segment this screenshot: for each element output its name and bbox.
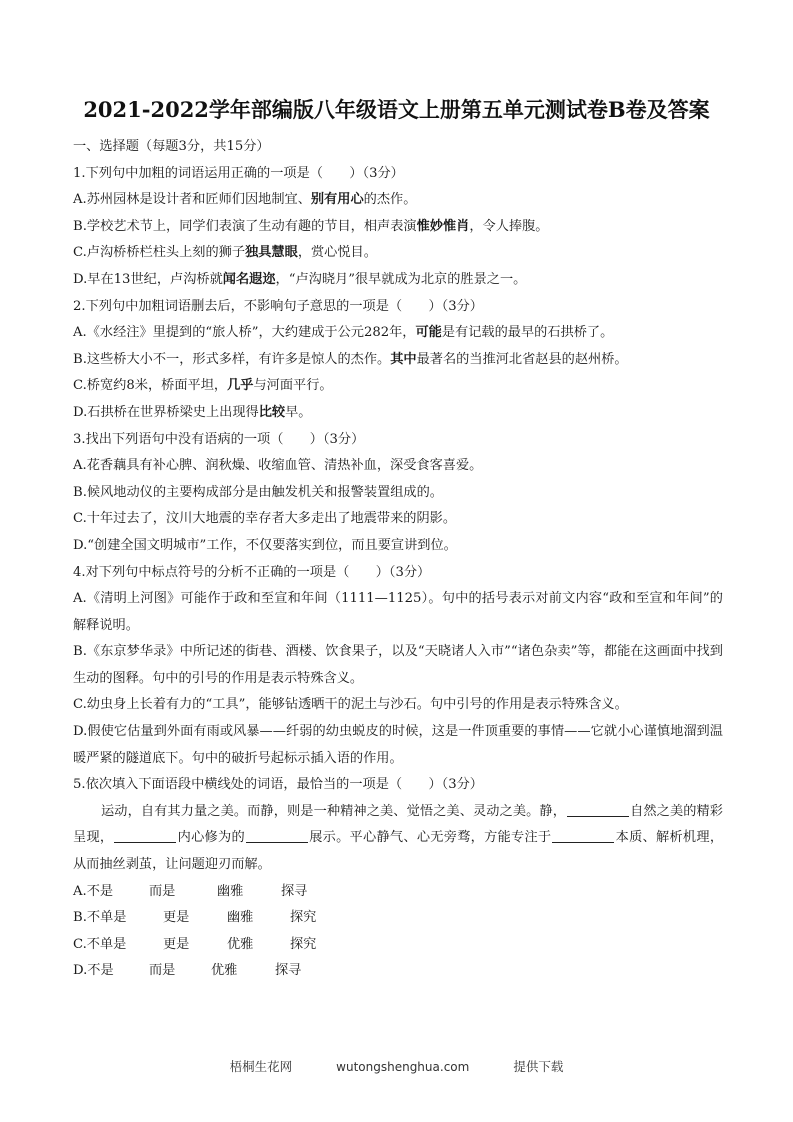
q2-option-c: C.桥宽约8米，桥面平坦，几乎与河面平行。 bbox=[73, 373, 723, 400]
page-title: 2021-2022学年部编版八年级语文上册第五单元测试卷B卷及答案 bbox=[0, 94, 793, 124]
question-4-stem: 4.对下列句中标点符号的分析不正确的一项是（ ）（3分） bbox=[73, 560, 723, 587]
option-cell: 探寻 bbox=[281, 879, 307, 906]
page-footer: 梧桐生花网 wutongshenghua.com 提供下载 bbox=[0, 1057, 793, 1075]
q1-option-b: B.学校艺术节上，同学们表演了生动有趣的节目，相声表演惟妙惟肖，令人捧腹。 bbox=[73, 214, 723, 241]
q1-option-c: C.卢沟桥桥栏柱头上刻的狮子独具慧眼，赏心悦目。 bbox=[73, 240, 723, 267]
document-body: 一、选择题（每题3分，共15分） 1.下列句中加粗的词语运用正确的一项是（ ）（… bbox=[73, 134, 723, 985]
q1-option-d: D.早在13世纪，卢沟桥就闻名遐迩，“卢沟晓月”很早就成为北京的胜景之一。 bbox=[73, 267, 723, 294]
q3-option-c: C.十年过去了，汶川大地震的幸存者大多走出了地震带来的阴影。 bbox=[73, 506, 723, 533]
q5-option-b: B.不单是 更是 幽雅 探究 bbox=[73, 905, 723, 932]
fill-blank-1 bbox=[567, 802, 629, 817]
option-cell: 而是 bbox=[149, 879, 217, 906]
question-5-stem: 5.依次填入下面语段中横线处的词语，最恰当的一项是（ ）（3分） bbox=[73, 772, 723, 799]
q4-option-b: B.《东京梦华录》中所记述的街巷、酒楼、饮食果子，以及“天晓诸人入市”“诸色杂卖… bbox=[73, 639, 723, 692]
question-1-stem: 1.下列句中加粗的词语运用正确的一项是（ ）（3分） bbox=[73, 161, 723, 188]
fill-blank-2 bbox=[114, 828, 176, 843]
q5-option-d: D.不是 而是 优雅 探寻 bbox=[73, 958, 723, 985]
option-cell: 探寻 bbox=[275, 958, 301, 985]
option-cell: 幽雅 bbox=[217, 879, 281, 906]
q3-option-b: B.候风地动仪的主要构成部分是由触发机关和报警装置组成的。 bbox=[73, 480, 723, 507]
option-cell: D.不是 bbox=[73, 958, 149, 985]
q5-option-a: A.不是 而是 幽雅 探寻 bbox=[73, 879, 723, 906]
document-page: 2021-2022学年部编版八年级语文上册第五单元测试卷B卷及答案 一、选择题（… bbox=[0, 0, 793, 1122]
q2-option-d: D.石拱桥在世界桥梁史上出现得比较早。 bbox=[73, 400, 723, 427]
footer-site-name: 梧桐生花网 bbox=[230, 1059, 293, 1074]
option-cell: 优雅 bbox=[211, 958, 275, 985]
q3-option-d: D.“创建全国文明城市”工作，不仅要落实到位，而且要宣讲到位。 bbox=[73, 533, 723, 560]
fill-blank-4 bbox=[552, 828, 614, 843]
q4-option-d: D.假使它估量到外面有雨或风暴——纤弱的幼虫蜕皮的时候，这是一件顶重要的事情——… bbox=[73, 719, 723, 772]
option-cell: 更是 bbox=[163, 905, 227, 932]
option-cell: 探究 bbox=[290, 932, 316, 959]
footer-site-url[interactable]: wutongshenghua.com bbox=[336, 1060, 469, 1074]
q3-option-a: A.花香藕具有补心脾、润秋燥、收缩血管、清热补血，深受食客喜爱。 bbox=[73, 453, 723, 480]
q5-passage: 运动，自有其力量之美。而静，则是一种精神之美、觉悟之美、灵动之美。静，自然之美的… bbox=[73, 799, 723, 879]
fill-blank-3 bbox=[246, 828, 308, 843]
question-2-stem: 2.下列句中加粗词语删去后，不影响句子意思的一项是（ ）（3分） bbox=[73, 294, 723, 321]
q1-option-a: A.苏州园林是设计者和匠师们因地制宜、别有用心的杰作。 bbox=[73, 187, 723, 214]
q2-option-a: A.《水经注》里提到的“旅人桥”，大约建成于公元282年，可能是有记载的最早的石… bbox=[73, 320, 723, 347]
option-cell: 探究 bbox=[290, 905, 316, 932]
q5-option-c: C.不单是 更是 优雅 探究 bbox=[73, 932, 723, 959]
option-cell: 幽雅 bbox=[227, 905, 290, 932]
section-heading: 一、选择题（每题3分，共15分） bbox=[73, 134, 723, 161]
question-3-stem: 3.找出下列语句中没有语病的一项（ ）（3分） bbox=[73, 427, 723, 454]
footer-download-note: 提供下载 bbox=[513, 1059, 563, 1074]
q4-option-c: C.幼虫身上长着有力的“工具”，能够钻透晒干的泥土与沙石。句中引号的作用是表示特… bbox=[73, 692, 723, 719]
option-cell: B.不单是 bbox=[73, 905, 163, 932]
option-cell: C.不单是 bbox=[73, 932, 163, 959]
option-cell: A.不是 bbox=[73, 879, 149, 906]
option-cell: 优雅 bbox=[227, 932, 290, 959]
q2-option-b: B.这些桥大小不一，形式多样，有许多是惊人的杰作。其中最著名的当推河北省赵县的赵… bbox=[73, 347, 723, 374]
option-cell: 更是 bbox=[163, 932, 227, 959]
q4-option-a: A.《清明上河图》可能作于政和至宣和年间（1111—1125）。句中的括号表示对… bbox=[73, 586, 723, 639]
option-cell: 而是 bbox=[149, 958, 211, 985]
